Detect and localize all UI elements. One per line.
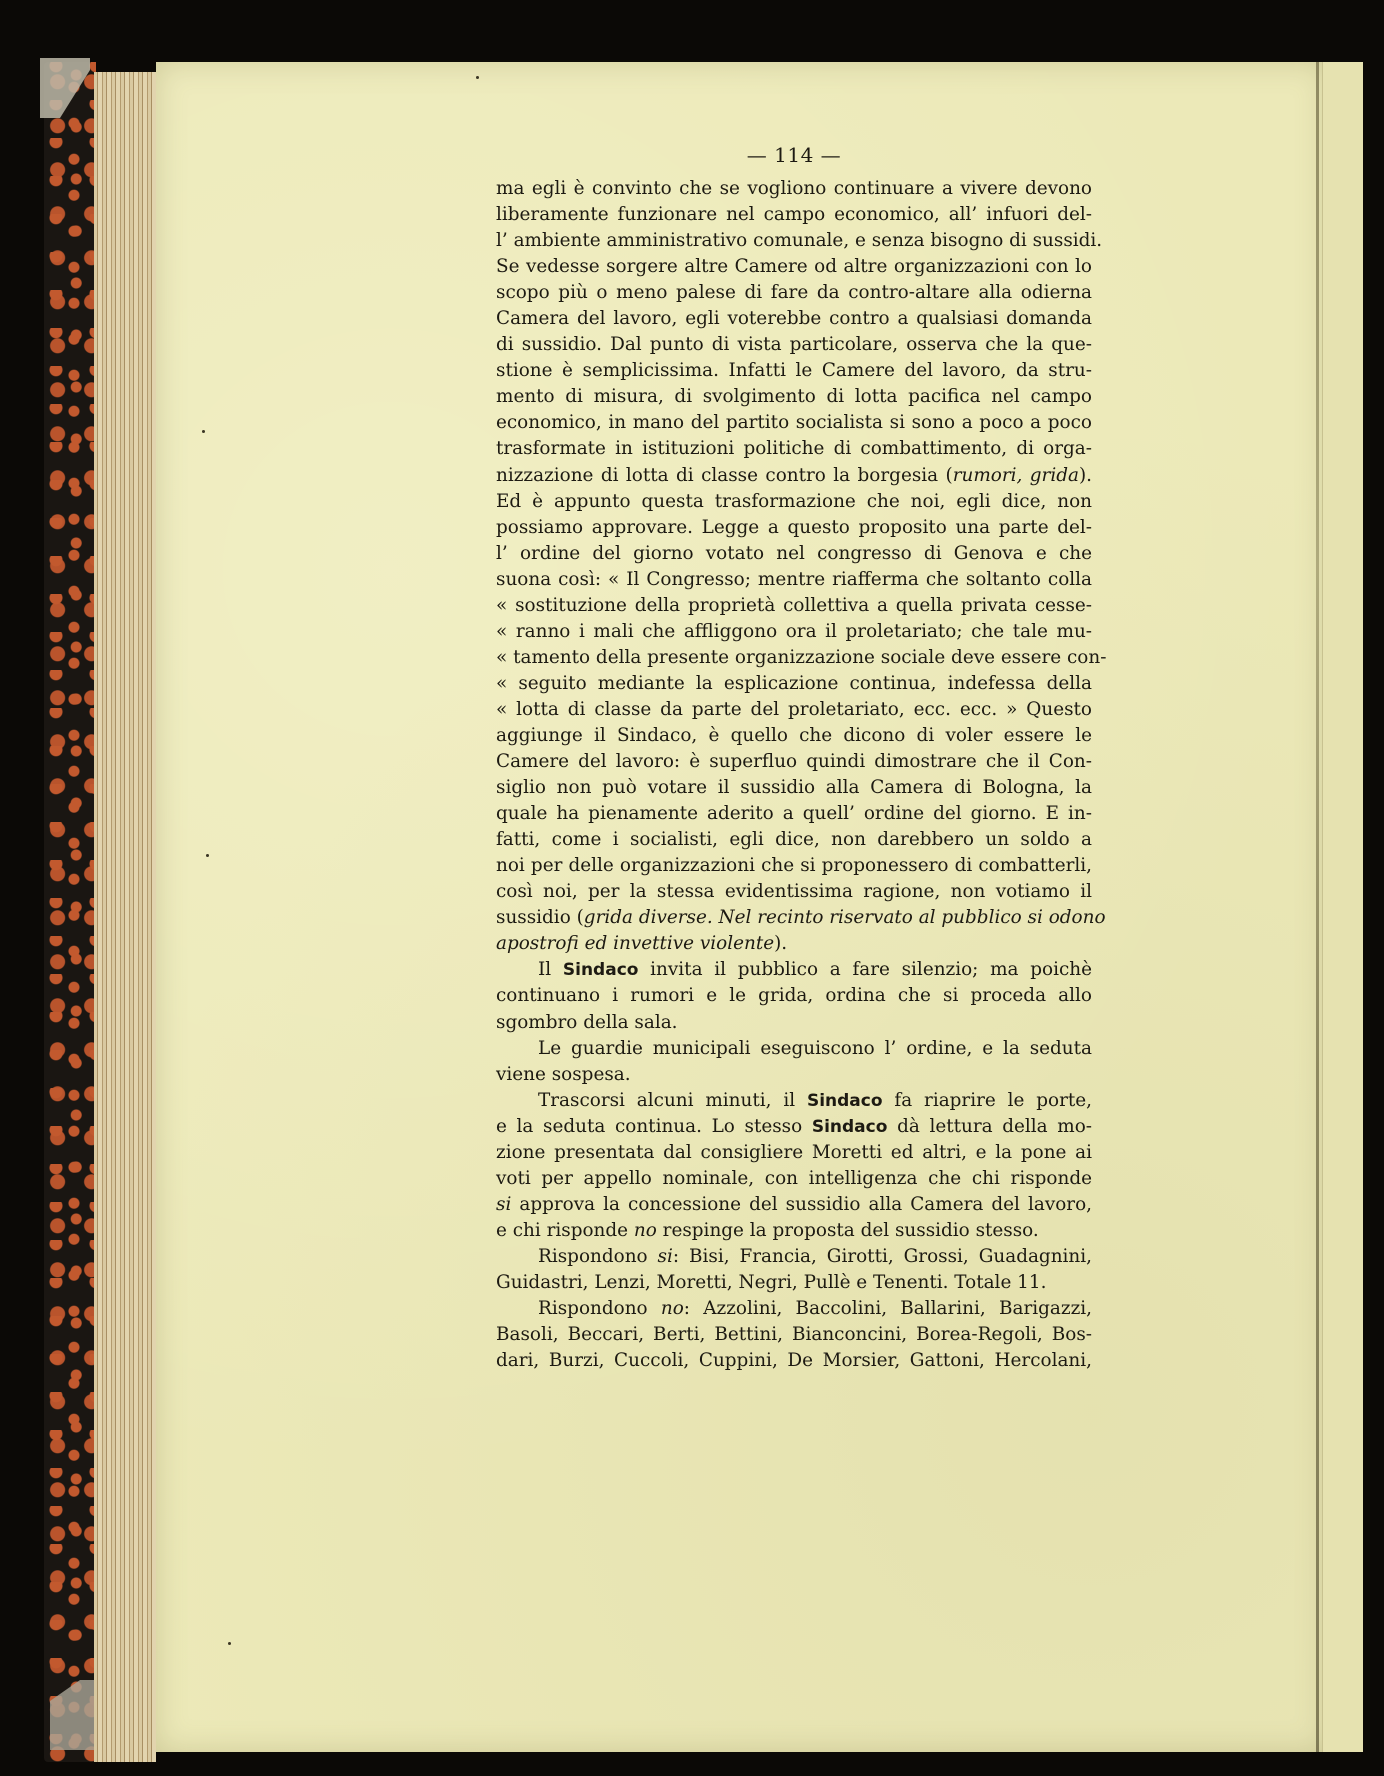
text-run: Camera del lavoro, egli voterebbe contro… — [496, 308, 1092, 329]
text-run: l’ ambiente amministrativo comunale, e s… — [496, 230, 1102, 251]
text-run: ma egli è convinto che se vogliono conti… — [496, 178, 1092, 199]
text-run: ). — [1079, 465, 1092, 486]
text-line: « ranno i mali che affliggono ora il pro… — [496, 619, 1092, 645]
text-line: aggiunge il Sindaco, è quello che dicono… — [496, 723, 1092, 749]
text-line: liberamente funzionare nel campo economi… — [496, 202, 1092, 228]
text-run: Ed è appunto questa trasformazione che n… — [496, 491, 1092, 512]
text-run: dà lettura della mo- — [887, 1116, 1092, 1137]
text-run: Trascorsi alcuni minuti, il — [538, 1090, 807, 1111]
text-run: « ranno i mali che affliggono ora il pro… — [496, 621, 1092, 642]
text-run: trasformate in istituzioni politiche di … — [496, 438, 1092, 459]
text-lines: ma egli è convinto che se vogliono conti… — [496, 176, 1092, 1374]
text-run: stione è semplicissima. Infatti le Camer… — [496, 360, 1092, 381]
text-line: Il Sindaco invita il pubblico a fare sil… — [496, 957, 1092, 983]
text-line: apostrofi ed invettive violente). — [496, 931, 1092, 957]
text-line: Camere del lavoro: è superfluo quindi di… — [496, 749, 1092, 775]
paper-speck — [228, 1642, 231, 1645]
text-run: « lotta di classe da parte del proletari… — [496, 699, 1092, 720]
text-run: Rispondono — [538, 1246, 658, 1267]
text-run: così noi, per la stessa evidentissima ra… — [496, 881, 1092, 902]
text-run: siglio non può votare il sussidio alla C… — [496, 777, 1092, 798]
text-run: suona così: « Il Congresso; mentre riaff… — [496, 569, 1092, 590]
italic-text: apostrofi ed invettive violente — [496, 933, 774, 954]
text-line: suona così: « Il Congresso; mentre riaff… — [496, 567, 1092, 593]
text-run: possiamo approvare. Legge a questo propo… — [496, 517, 1092, 538]
text-run: invita il pubblico a fare silenzio; ma p… — [638, 959, 1092, 980]
italic-text: no — [634, 1220, 657, 1241]
italic-text: no — [661, 1298, 684, 1319]
facing-page-edge — [1322, 62, 1363, 1752]
text-line: viene sospesa. — [496, 1062, 1092, 1088]
paper-speck — [206, 854, 209, 857]
text-line: Le guardie municipali eseguiscono l’ ord… — [496, 1036, 1092, 1062]
text-run: Le guardie municipali eseguiscono l’ ord… — [538, 1038, 1092, 1059]
text-line: ma egli è convinto che se vogliono conti… — [496, 176, 1092, 202]
text-line: dari, Burzi, Cuccoli, Cuppini, De Morsie… — [496, 1348, 1092, 1374]
text-line: Rispondono si: Bisi, Francia, Girotti, G… — [496, 1244, 1092, 1270]
italic-text: grida diverse. Nel recinto riservato al … — [584, 907, 1106, 928]
text-run: viene sospesa. — [496, 1064, 631, 1085]
text-run: « tamento della presente organizzazione … — [496, 647, 1106, 668]
text-run: zione presentata dal consigliere Moretti… — [496, 1142, 1092, 1163]
text-line: Se vedesse sorgere altre Camere od altre… — [496, 254, 1092, 280]
text-run: : Azzolini, Baccolini, Ballarini, Bariga… — [684, 1298, 1092, 1319]
text-line: zione presentata dal consigliere Moretti… — [496, 1140, 1092, 1166]
text-run: : Bisi, Francia, Girotti, Grossi, Guadag… — [673, 1246, 1092, 1267]
text-line: l’ ordine del giorno votato nel congress… — [496, 541, 1092, 567]
text-line: siglio non può votare il sussidio alla C… — [496, 775, 1092, 801]
text-run: di sussidio. Dal punto di vista particol… — [496, 334, 1092, 355]
text-run: « seguito mediante la esplicazione conti… — [496, 673, 1092, 694]
text-run: Il — [538, 959, 563, 980]
text-run: fa riaprire le porte, — [883, 1090, 1092, 1111]
marbled-cover — [44, 62, 96, 1762]
page-gutter — [1316, 62, 1319, 1752]
text-run: l’ ordine del giorno votato nel congress… — [496, 543, 1092, 564]
text-line: e la seduta continua. Lo stesso Sindaco … — [496, 1114, 1092, 1140]
text-run: sussidio ( — [496, 907, 584, 928]
speaker-name: Sindaco — [812, 1117, 888, 1137]
text-run: continuano i rumori e le grida, ordina c… — [496, 985, 1092, 1006]
text-run: Guidastri, Lenzi, Moretti, Negri, Pullè … — [496, 1272, 1046, 1293]
text-line: « seguito mediante la esplicazione conti… — [496, 671, 1092, 697]
text-run: « sostituzione della proprietà collettiv… — [496, 595, 1092, 616]
text-run: Rispondono — [538, 1298, 661, 1319]
paper-speck — [202, 430, 205, 433]
paper-speck — [476, 76, 479, 79]
text-line: e chi risponde no respinge la proposta d… — [496, 1218, 1092, 1244]
text-line: voti per appello nominale, con intellige… — [496, 1166, 1092, 1192]
text-line: « lotta di classe da parte del proletari… — [496, 697, 1092, 723]
text-line: di sussidio. Dal punto di vista particol… — [496, 332, 1092, 358]
text-run: ). — [774, 933, 787, 954]
text-line: Guidastri, Lenzi, Moretti, Negri, Pullè … — [496, 1270, 1092, 1296]
scanned-book-spread: — 114 — ma egli è convinto che se voglio… — [0, 0, 1384, 1776]
text-run: respinge la proposta del sussidio stesso… — [657, 1220, 1039, 1241]
text-run: Basoli, Beccari, Berti, Bettini, Biancon… — [496, 1324, 1092, 1345]
text-run: aggiunge il Sindaco, è quello che dicono… — [496, 725, 1092, 746]
text-line: « sostituzione della proprietà collettiv… — [496, 593, 1092, 619]
text-run: Se vedesse sorgere altre Camere od altre… — [496, 256, 1092, 277]
text-run: approva la concessione del sussidio alla… — [511, 1194, 1092, 1215]
text-line: mento di misura, di svolgimento di lotta… — [496, 384, 1092, 410]
text-run: noi per delle organizzazioni che si prop… — [496, 855, 1092, 876]
text-line: sgombro della sala. — [496, 1010, 1092, 1036]
text-run: voti per appello nominale, con intellige… — [496, 1168, 1092, 1189]
page-edges — [94, 72, 156, 1762]
text-line: si approva la concessione del sussidio a… — [496, 1192, 1092, 1218]
text-run: dari, Burzi, Cuccoli, Cuppini, De Morsie… — [496, 1350, 1092, 1371]
text-line: Ed è appunto questa trasformazione che n… — [496, 489, 1092, 515]
text-line: economico, in mano del partito socialist… — [496, 410, 1092, 436]
text-run: economico, in mano del partito socialist… — [496, 412, 1092, 433]
italic-text: rumori, grida — [953, 465, 1079, 486]
text-run: scopo più o meno palese di fare da contr… — [496, 282, 1092, 303]
text-line: Basoli, Beccari, Berti, Bettini, Biancon… — [496, 1322, 1092, 1348]
text-run: e chi risponde — [496, 1220, 634, 1241]
speaker-name: Sindaco — [563, 960, 639, 980]
text-run: e la seduta continua. Lo stesso — [496, 1116, 812, 1137]
text-run: sgombro della sala. — [496, 1012, 678, 1033]
text-run: Camere del lavoro: è superfluo quindi di… — [496, 751, 1092, 772]
text-run: fatti, come i socialisti, egli dice, non… — [496, 829, 1092, 850]
text-run: liberamente funzionare nel campo economi… — [496, 204, 1092, 225]
text-line: sussidio (grida diverse. Nel recinto ris… — [496, 905, 1092, 931]
page-text: — 114 — ma egli è convinto che se voglio… — [496, 140, 1092, 1374]
text-line: fatti, come i socialisti, egli dice, non… — [496, 827, 1092, 853]
page-number: — 114 — — [496, 140, 1092, 170]
text-line: possiamo approvare. Legge a questo propo… — [496, 515, 1092, 541]
text-run: mento di misura, di svolgimento di lotta… — [496, 386, 1092, 407]
text-line: trasformate in istituzioni politiche di … — [496, 436, 1092, 462]
text-line: « tamento della presente organizzazione … — [496, 645, 1092, 671]
text-line: Rispondono no: Azzolini, Baccolini, Ball… — [496, 1296, 1092, 1322]
text-line: continuano i rumori e le grida, ordina c… — [496, 983, 1092, 1009]
text-line: nizzazione di lotta di classe contro la … — [496, 463, 1092, 489]
text-line: l’ ambiente amministrativo comunale, e s… — [496, 228, 1092, 254]
text-run: nizzazione di lotta di classe contro la … — [496, 465, 953, 486]
text-line: noi per delle organizzazioni che si prop… — [496, 853, 1092, 879]
text-line: Camera del lavoro, egli voterebbe contro… — [496, 306, 1092, 332]
text-line: Trascorsi alcuni minuti, il Sindaco fa r… — [496, 1088, 1092, 1114]
italic-text: si — [496, 1194, 511, 1215]
text-line: stione è semplicissima. Infatti le Camer… — [496, 358, 1092, 384]
text-line: scopo più o meno palese di fare da contr… — [496, 280, 1092, 306]
text-line: quale ha pienamente aderito a quell’ ord… — [496, 801, 1092, 827]
text-run: quale ha pienamente aderito a quell’ ord… — [496, 803, 1092, 824]
text-line: così noi, per la stessa evidentissima ra… — [496, 879, 1092, 905]
speaker-name: Sindaco — [807, 1091, 883, 1111]
italic-text: si — [658, 1246, 673, 1267]
